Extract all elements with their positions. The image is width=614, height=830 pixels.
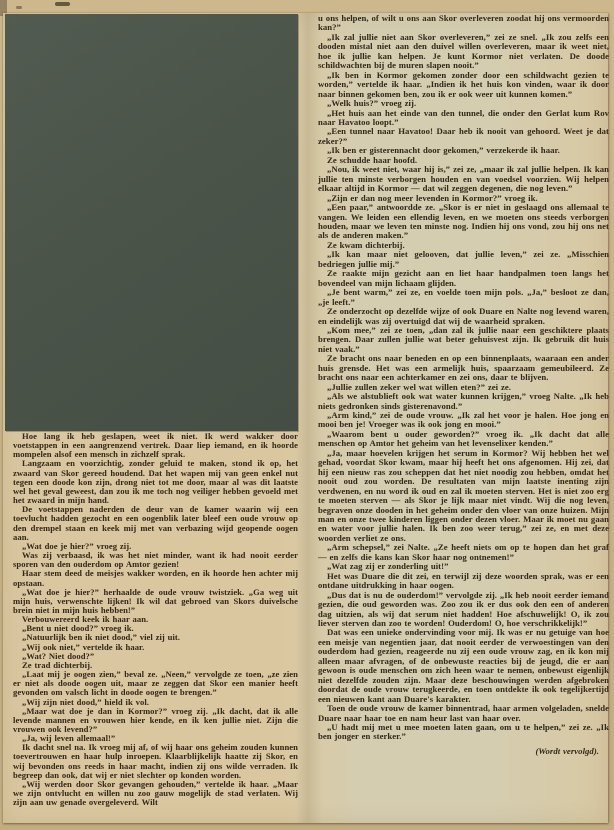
paragraph: „Ja, maar hoevelen krijgen het serum in …	[318, 449, 609, 544]
paragraph: Haar stem deed de meisjes wakker worden,…	[13, 569, 298, 587]
paragraph: „Waarom bent u ouder geworden?” vroeg ik…	[318, 430, 609, 449]
paragraph: „Laat mij je oogen zien,” beval ze. „Nee…	[13, 670, 298, 697]
page-scan: Hoe lang ik heb geslapen, weet ik niet. …	[0, 0, 614, 830]
paragraph: „Ik ben in Kormor gekomen zonder door ee…	[318, 71, 609, 99]
left-column-text: Hoe lang ik heb geslapen, weet ik niet. …	[13, 432, 298, 807]
paragraph: „Arm kind,” zei de oude vrouw. „Ik zal h…	[318, 411, 609, 430]
paragraph: „Wij werden door Skor gevangen gehouden,…	[13, 780, 298, 807]
paragraph: „Wat doe je hier?” herhaalde de oude vro…	[13, 588, 298, 615]
paragraph: „Maar wat doe je dan in Kormor?” vroeg z…	[13, 707, 298, 734]
paragraph: „Het huis aan het einde van den tunnel, …	[318, 109, 609, 128]
right-column-text: u ons helpen, of wilt u ons aan Skor ove…	[318, 14, 609, 756]
paragraph: u ons helpen, of wilt u ons aan Skor ove…	[318, 14, 609, 33]
paper: Hoe lang ik heb geslapen, weet ik niet. …	[3, 13, 608, 823]
paragraph: Ze bracht ons naar beneden en op een bin…	[318, 354, 609, 382]
paragraph: „Een tunnel naar Havatoo! Daar heb ik no…	[318, 127, 609, 146]
paragraph: Ze raakte mijn gezicht aan en liet haar …	[318, 269, 609, 288]
continuation-note: (Wordt vervolgd).	[318, 747, 609, 756]
paragraph: Ze onderzocht op dezelfde wijze of ook D…	[318, 307, 609, 326]
paragraph: „Een paar,” antwoordde ze. „Skor is er n…	[318, 203, 609, 241]
paragraph: „Dus dat is nu de ouderdom!” vervolgde z…	[318, 591, 609, 629]
paragraph: Hoe lang ik heb geslapen, weet ik niet. …	[13, 432, 298, 459]
paragraph: Was zij verbaasd, ik was het niet minder…	[13, 551, 298, 569]
ink-speck	[16, 6, 22, 9]
paragraph: Dat was een unieke ondervinding voor mij…	[318, 628, 609, 704]
paragraph: Toen de oude vrouw de kamer binnentrad, …	[318, 704, 609, 723]
paragraph: „Je bent warm,” zei ze, en voelde toen m…	[318, 288, 609, 307]
ink-speck	[55, 2, 70, 6]
paragraph: „Als we alstublieft ook wat water kunnen…	[318, 392, 609, 411]
paragraph: Het was Duare die dit zei, en terwijl zi…	[318, 572, 609, 591]
paragraph: De voetstappen naderden de deur van de k…	[13, 505, 298, 542]
paragraph: „Arm schepsel,” zei Nalte. „Ze heeft nie…	[318, 543, 609, 562]
paragraph: Langzaam en voorzichtig, zonder geluid t…	[13, 459, 298, 505]
paragraph: „U hadt mij met u mee moeten laten gaan,…	[318, 723, 609, 742]
paragraph: Ik dacht snel na. Ik vroeg mij af, of wi…	[13, 743, 298, 780]
photo-plate	[5, 14, 298, 431]
paragraph: „Nou, ik weet niet, waar hij is,” zei ze…	[318, 165, 609, 193]
paragraph: „Ik kan maar niet gelooven, dat jullie l…	[318, 250, 609, 269]
paragraph: „Kom mee,” zei ze toen, „dan zal ik jull…	[318, 326, 609, 354]
paragraph: „Ik zal jullie niet aan Skor overleveren…	[318, 33, 609, 71]
